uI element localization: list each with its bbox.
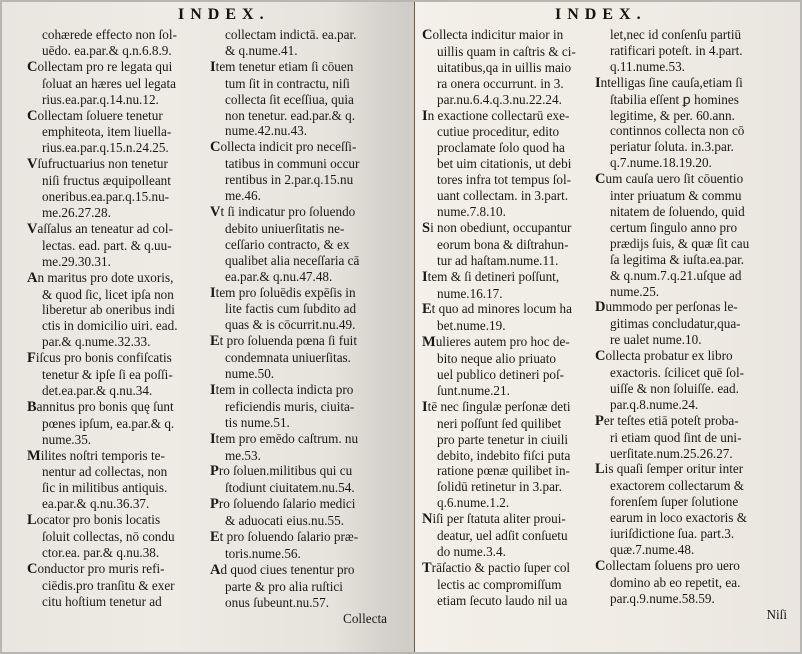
index-entry-line: Pro ſoluendo ſalario medici	[210, 496, 395, 513]
index-entry-line: ceſſario contracto, & ex	[210, 237, 395, 253]
index-entry: Cum cauſa uero ſit cōuentiointer priuatu…	[595, 171, 795, 299]
index-entry-line: Item & ſi detineri poſſunt,	[422, 269, 602, 286]
index-entry-line: ctor.ea. par.& q.nu.38.	[27, 545, 212, 561]
index-entry-line: uant collectam. in 3.part.	[422, 188, 602, 204]
index-entry-line: pro parte tenetur in ciuili	[422, 432, 602, 448]
index-entry-line: debito uniuerſitatis ne-	[210, 221, 395, 237]
index-entry-line: nentur ad collectas, non	[27, 464, 212, 480]
index-entry-line: Trāſactio & pactio ſuper col	[422, 560, 602, 577]
index-entry: Lis quaſi ſemper oritur interexactorem c…	[595, 461, 795, 557]
index-entry-line: Per teſtes etiā poteſt proba-	[595, 413, 795, 430]
index-entry-line: Itē nec ſingulæ perſonæ deti	[422, 399, 602, 416]
index-entry-line: uēdo. ea.par.& q.n.6.8.9.	[27, 43, 212, 59]
index-entry: Intelligas ſine cauſa,etiam ſiſtabilia e…	[595, 75, 795, 171]
index-entry-line: Vſufructuarius non tenetur	[27, 156, 212, 173]
index-entry-line: & quod ſic, licet ipſa non	[27, 287, 212, 303]
index-entry-line: cutiue proceditur, edito	[422, 124, 602, 140]
index-entry-line: uel publico detineri poſ-	[422, 367, 602, 383]
index-entry-line: onus ſubeunt.nu.57.	[210, 595, 395, 611]
left-page: INDEX. cohærede effecto non ſol-uēdo. ea…	[2, 2, 415, 652]
index-entry: Item pro emēdo caſtrum. nume.53.	[210, 431, 395, 464]
index-entry-line: uerſitate.num.25.26.27.	[595, 446, 795, 462]
index-entry-line: Collectam ſoluens pro uero	[595, 558, 795, 575]
index-entry: Vaſſalus an teneatur ad col-lectas. ead.…	[27, 221, 212, 270]
index-entry-line: ea.par.& q.nu.36.37.	[27, 496, 212, 512]
index-entry-line: ctis in domicilio uiri. ead.	[27, 318, 212, 334]
index-entry-line: me.46.	[210, 188, 395, 204]
index-entry-line: earum in loco exactoris &	[595, 510, 795, 526]
index-entry-line: nume.16.17.	[422, 286, 602, 302]
index-entry-line: par.q.9.nume.58.59.	[595, 591, 795, 607]
right-column-2: let,nec id conſenſu partiūratificari pot…	[595, 27, 795, 623]
index-entry: Vſufructuarius non teneturniſi fructus æ…	[27, 156, 212, 221]
index-entry-line: Milites noſtri temporis te-	[27, 448, 212, 465]
index-entry-line: & q.nume.41.	[210, 43, 395, 59]
index-entry-line: continnos collecta non cō	[595, 123, 795, 139]
index-entry-line: reficiendis muris, ciuita-	[210, 399, 395, 415]
left-column-1: cohærede effecto non ſol-uēdo. ea.par.& …	[27, 27, 212, 610]
right-page: INDEX. Collecta indicitur maior inuillis…	[415, 2, 800, 652]
index-entry: Item & ſi detineri poſſunt,nume.16.17.	[422, 269, 602, 302]
index-entry-line: par.q.8.nume.24.	[595, 397, 795, 413]
index-entry-line: Collecta probatur ex libro	[595, 348, 795, 365]
index-entry-line: nitatem de ſoluendo, quid	[595, 204, 795, 220]
index-entry-line: Ad quod ciues tenentur pro	[210, 562, 395, 579]
index-entry-line: certum ſingulo anno pro	[595, 220, 795, 236]
index-entry-line: gitimas concludatur,qua-	[595, 316, 795, 332]
index-entry-line: collectam indictā. ea.par.	[210, 27, 395, 43]
index-entry: An maritus pro dote uxoris,& quod ſic, l…	[27, 270, 212, 351]
index-entry-line: tatibus in communi occur	[210, 156, 395, 172]
index-entry-line: ratificari poteſt. in 4.part.	[595, 43, 795, 59]
index-entry-line: exactoris. ſcilicet quē ſol-	[595, 365, 795, 381]
catchword: Niſi	[595, 607, 795, 623]
index-entry: cohærede effecto non ſol-uēdo. ea.par.& …	[27, 27, 212, 59]
index-entry-line: ſolidū retinetur in 3.par.	[422, 479, 602, 495]
index-entry: Ad quod ciues tenentur proparte & pro al…	[210, 562, 395, 611]
index-entry-line: Bannitus pro bonis quę ſunt	[27, 399, 212, 416]
index-entry-line: uillis quam in caſtris & ci-	[422, 44, 602, 60]
index-entry-line: oneribus.ea.par.q.15.nu-	[27, 189, 212, 205]
index-entry-line: neri poſſunt ſed quilibet	[422, 416, 602, 432]
index-entry-line: ea.par.& q.nu.47.48.	[210, 269, 395, 285]
index-entry: Et pro ſoluendo ſalario præ-toris.nume.5…	[210, 529, 395, 562]
index-entry: In exactione collectarū exe-cutiue proce…	[422, 108, 602, 220]
index-entry-line: Et quo ad minores locum ha	[422, 301, 602, 318]
index-entry: Fiſcus pro bonis confiſcatistenetur & ip…	[27, 350, 212, 399]
index-entry-line: det.ea.par.& q.nu.34.	[27, 383, 212, 399]
index-entry-line: tum ſit in contractu, niſi	[210, 76, 395, 92]
index-entry-line: Collectam ſoluere tenetur	[27, 108, 212, 125]
index-entry-line: exactorem collectarum &	[595, 478, 795, 494]
index-entry-line: ſtabilia eſſent ꝑ homines	[595, 92, 795, 108]
index-entry-line: Et pro ſoluendo ſalario præ-	[210, 529, 395, 546]
index-entry-line: periatur ſoluta. in.3.par.	[595, 139, 795, 155]
index-entry-line: Et pro ſoluenda pœna ſi fuit	[210, 333, 395, 350]
index-entry: Milites noſtri temporis te-nentur ad col…	[27, 448, 212, 513]
index-entry-line: nume.25.	[595, 284, 795, 300]
index-entry-line: An maritus pro dote uxoris,	[27, 270, 212, 287]
index-entry-line: ciēdis.pro tranſitu & exer	[27, 578, 212, 594]
index-entry-line: deatur, uel adſit conſuetu	[422, 528, 602, 544]
index-entry-line: nume.7.8.10.	[422, 204, 602, 220]
index-entry-line: legitime, & per. 60.ann.	[595, 108, 795, 124]
index-entry-line: Collectam pro re legata qui	[27, 59, 212, 76]
index-entry: Collectam pro re legata quiſoluat an hær…	[27, 59, 212, 108]
index-entry-line: par.& q.nume.32.33.	[27, 334, 212, 350]
index-entry-line: lectas. ead. part. & q.uu-	[27, 238, 212, 254]
index-entry-line: bito neque alio priuato	[422, 351, 602, 367]
index-entry-line: collecta ſit eceſſiua, quia	[210, 92, 395, 108]
index-entry-line: Conductor pro muris refi-	[27, 561, 212, 578]
index-entry-line: Si non obediunt, occupantur	[422, 220, 602, 237]
index-entry-line: In exactione collectarū exe-	[422, 108, 602, 125]
index-entry-line: debito, indebito fiſci puta	[422, 448, 602, 464]
index-entry-line: & aduocati eius.nu.55.	[210, 513, 395, 529]
index-entry-line: liberetur ab oneribus indi	[27, 302, 212, 318]
index-entry: Dummodo per perſonas le-gitimas concluda…	[595, 299, 795, 348]
index-entry-line: ſtodiunt ciuitatem.nu.54.	[210, 480, 395, 496]
index-entry-line: inter priuatum & commu	[595, 188, 795, 204]
index-entry-line: Item pro emēdo caſtrum. nu	[210, 431, 395, 448]
index-entry-line: ri etiam quod ſint de uni-	[595, 430, 795, 446]
index-entry: Item pro ſoluēdis expēſis inlite factis …	[210, 285, 395, 334]
index-entry: let,nec id conſenſu partiūratificari pot…	[595, 27, 795, 75]
index-entry-line: tores infra tot tempus ſol-	[422, 172, 602, 188]
index-entry-line: lite factis cum ſubdito ad	[210, 301, 395, 317]
index-entry-line: qualibet alia neceſſaria cā	[210, 253, 395, 269]
index-entry: Collecta indicit pro neceſſi-tatibus in …	[210, 139, 395, 204]
index-entry-line: etiam ſecuto laudo nil ua	[422, 593, 602, 609]
index-entry-line: prædijs ſuis, & quæ ſit cau	[595, 236, 795, 252]
index-entry-line: Niſi per ſtatuta aliter proui-	[422, 511, 602, 528]
index-entry-line: do nume.3.4.	[422, 544, 602, 560]
right-running-head: INDEX.	[555, 6, 647, 24]
index-entry: Conductor pro muris refi-ciēdis.pro tran…	[27, 561, 212, 610]
index-entry: Bannitus pro bonis quę ſuntpœnes ipſum, …	[27, 399, 212, 448]
index-entry: Mulieres autem pro hoc de-bito neque ali…	[422, 334, 602, 399]
index-entry: Locator pro bonis locatisſoluit collecta…	[27, 512, 212, 561]
index-entry-line: ſoluit collectas, nō condu	[27, 529, 212, 545]
index-entry-line: Locator pro bonis locatis	[27, 512, 212, 529]
index-entry-line: forenſem ſuper ſolutione	[595, 494, 795, 510]
index-entry-line: eorum bona & diſtrahun-	[422, 237, 602, 253]
index-entry-line: me.29.30.31.	[27, 254, 212, 270]
index-entry-line: re ualet nume.10.	[595, 332, 795, 348]
index-entry-line: ſoluat an hæres uel legata	[27, 76, 212, 92]
catchword: Collecta	[210, 611, 395, 627]
index-entry-line: rius.ea.par.q.14.nu.12.	[27, 92, 212, 108]
index-entry-line: pœnes ipſum, ea.par.& q.	[27, 416, 212, 432]
index-entry-line: bet.nume.19.	[422, 318, 602, 334]
index-entry-line: q.11.nume.53.	[595, 59, 795, 75]
index-entry-line: Pro ſoluen.militibus qui cu	[210, 463, 395, 480]
index-entry: Pro ſoluen.militibus qui cuſtodiunt ciui…	[210, 463, 395, 496]
index-entry-line: nume.42.nu.43.	[210, 123, 395, 139]
index-entry-line: tis nume.51.	[210, 415, 395, 431]
index-entry-line: niſi fructus æquipolleant	[27, 173, 212, 189]
index-entry-line: cohærede effecto non ſol-	[27, 27, 212, 43]
index-entry-line: condemnata uniuerſitas.	[210, 350, 395, 366]
index-entry-line: q.7.nume.18.19.20.	[595, 155, 795, 171]
index-entry: Item tenetur etiam ſi cōuentum ſit in co…	[210, 59, 395, 140]
index-entry: Trāſactio & pactio ſuper collectis ac co…	[422, 560, 602, 609]
index-entry-line: lectis ac compromiſſum	[422, 577, 602, 593]
index-entry-line: rentibus in 2.par.q.15.nu	[210, 172, 395, 188]
index-entry-line: me.26.27.28.	[27, 205, 212, 221]
index-entry-line: me.53.	[210, 448, 395, 464]
index-entry-line: Item in collecta indicta pro	[210, 382, 395, 399]
index-entry: Si non obediunt, occupantureorum bona & …	[422, 220, 602, 269]
index-entry-line: Vt ſi indicatur pro ſoluendo	[210, 204, 395, 221]
index-entry-line: ſa legitima & iuſta.ea.par.	[595, 252, 795, 268]
index-entry-line: par.nu.6.4.q.3.nu.22.24.	[422, 92, 602, 108]
index-entry-line: quæ.7.nume.48.	[595, 542, 795, 558]
index-entry-line: bet uim citationis, ut debi	[422, 156, 602, 172]
index-entry: Collectam ſoluens pro uerodomino ab eo r…	[595, 558, 795, 607]
index-entry-line: q.6.nume.1.2.	[422, 495, 602, 511]
index-entry-line: nume.35.	[27, 432, 212, 448]
index-entry-line: Dummodo per perſonas le-	[595, 299, 795, 316]
index-entry-line: ſic in militibus antiquis.	[27, 480, 212, 496]
index-entry: Collectam ſoluere teneturemphiteota, ite…	[27, 108, 212, 157]
right-column-1: Collecta indicitur maior inuillis quam i…	[422, 27, 602, 609]
index-entry-line: Vaſſalus an teneatur ad col-	[27, 221, 212, 238]
index-entry-line: Collecta indicit pro neceſſi-	[210, 139, 395, 156]
index-entry-line: let,nec id conſenſu partiū	[595, 27, 795, 43]
index-entry-line: iuriſdictione ſua. part.3.	[595, 526, 795, 542]
index-entry-line: proclamate ſolo quod ha	[422, 140, 602, 156]
index-entry-line: Intelligas ſine cauſa,etiam ſi	[595, 75, 795, 92]
index-entry-line: Item tenetur etiam ſi cōuen	[210, 59, 395, 76]
index-entry-line: quas & is cōcurrit.nu.49.	[210, 317, 395, 333]
index-entry-line: Mulieres autem pro hoc de-	[422, 334, 602, 351]
index-entry-line: Collecta indicitur maior in	[422, 27, 602, 44]
index-entry-line: & q.num.7.q.21.uſque ad	[595, 268, 795, 284]
index-entry-line: nume.50.	[210, 366, 395, 382]
index-entry-line: emphiteota, item liuella-	[27, 124, 212, 140]
index-entry: Item in collecta indicta proreficiendis …	[210, 382, 395, 431]
index-entry-line: toris.nume.56.	[210, 546, 395, 562]
index-entry: Per teſtes etiā poteſt proba-ri etiam qu…	[595, 413, 795, 462]
left-running-head: INDEX.	[178, 6, 270, 24]
index-entry-line: domino ab eo repetit, ea.	[595, 575, 795, 591]
index-entry-line: uiſſe & non ſoluiſſe. ead.	[595, 381, 795, 397]
index-entry-line: ra onera occurrunt. in 3.	[422, 76, 602, 92]
index-entry: Et quo ad minores locum habet.nume.19.	[422, 301, 602, 334]
index-entry-line: tur ad haſtam.nume.11.	[422, 253, 602, 269]
index-entry-line: rius.ea.par.q.15.n.24.25.	[27, 140, 212, 156]
book-spread: INDEX. cohærede effecto non ſol-uēdo. ea…	[0, 0, 802, 654]
index-entry: Pro ſoluendo ſalario medici& aduocati ei…	[210, 496, 395, 529]
index-entry: Itē nec ſingulæ perſonæ detineri poſſunt…	[422, 399, 602, 511]
index-entry-line: ratione pœnæ quilibet in-	[422, 463, 602, 479]
index-entry-line: Fiſcus pro bonis confiſcatis	[27, 350, 212, 367]
index-entry: Collecta probatur ex libroexactoris. ſci…	[595, 348, 795, 413]
index-entry-line: Cum cauſa uero ſit cōuentio	[595, 171, 795, 188]
index-entry: collectam indictā. ea.par.& q.nume.41.	[210, 27, 395, 59]
index-entry-line: parte & pro alia ruſtici	[210, 579, 395, 595]
index-entry: Collecta indicitur maior inuillis quam i…	[422, 27, 602, 108]
left-column-2: collectam indictā. ea.par.& q.nume.41.It…	[210, 27, 395, 627]
index-entry-line: uitatibus,qa in uillis maio	[422, 60, 602, 76]
index-entry: Vt ſi indicatur pro ſoluendodebito uniue…	[210, 204, 395, 285]
index-entry-line: Item pro ſoluēdis expēſis in	[210, 285, 395, 302]
index-entry: Et pro ſoluenda pœna ſi fuitcondemnata u…	[210, 333, 395, 382]
index-entry-line: Lis quaſi ſemper oritur inter	[595, 461, 795, 478]
index-entry: Niſi per ſtatuta aliter proui-deatur, ue…	[422, 511, 602, 560]
index-entry-line: ſunt.nume.21.	[422, 383, 602, 399]
index-entry-line: tenetur & ipſe ſi ea poſſi-	[27, 367, 212, 383]
index-entry-line: citu hoſtium tenetur ad	[27, 594, 212, 610]
index-entry-line: non tenetur. ead.par.& q.	[210, 108, 395, 124]
